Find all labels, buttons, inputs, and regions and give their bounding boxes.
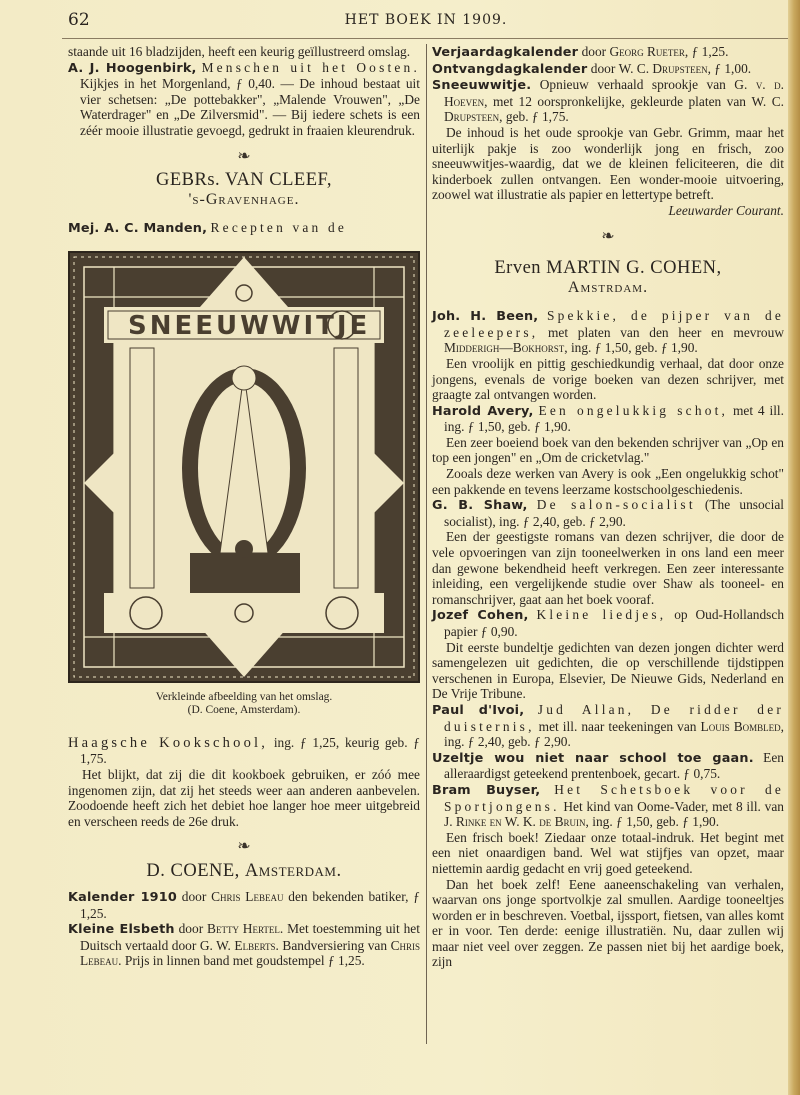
entry-title: Kleine liedjes,: [536, 607, 666, 622]
right-column: Verjaardagkalender door Georg Rueter, ƒ …: [432, 44, 784, 970]
entry-uzeltje: Uzeltje wou niet naar school toe gaan. E…: [432, 750, 784, 782]
entry-illustrator: J. Rinke en W. K. de Bruin,: [444, 814, 589, 829]
entry-title: Recepten van de: [211, 220, 347, 235]
entry-price: ing. ƒ 1,50, geb. ƒ 1,90.: [571, 340, 698, 355]
entry-title: Haagsche Kookschool,: [68, 735, 268, 751]
running-title: HET BOEK IN 1909.: [62, 12, 790, 28]
entry-divoi: Paul d'Ivoi, Jud Allan, De ridder der du…: [432, 702, 784, 750]
entry-review: Een zeer boeiend boek van den bekenden s…: [432, 435, 784, 466]
entry-been: Joh. H. Been, Spekkie, de pijper van de …: [432, 308, 784, 356]
entry-text: Prijs in linnen band met goudstempel ƒ 1…: [125, 953, 365, 968]
entry-translator: Elberts.: [234, 938, 279, 953]
entry-review: Een der geestigste romans van dezen schr…: [432, 529, 784, 607]
publisher-city: Amstrdam.: [432, 278, 784, 298]
entry-sneeuwwitje: Sneeuwwitje. Opnieuw verhaald sprookje v…: [432, 77, 784, 125]
column-rule: [426, 44, 427, 1044]
caption-line: Verkleinde afbeelding van het omslag.: [68, 691, 420, 704]
entry-price: ing. ƒ 1,50, geb. ƒ 1,90.: [592, 814, 719, 829]
entry-hoogenbirk: A. J. Hoogenbirk, Menschen uit het Ooste…: [68, 60, 420, 139]
page-edge: [788, 0, 800, 1095]
publisher-city: Amsterdam.: [245, 861, 342, 881]
fleuron-ornament-icon: ❧: [68, 149, 420, 165]
entry-ontvangdag: Ontvangdagkalender door W. C. Drupsteen,…: [432, 61, 784, 78]
entry-buyser: Bram Buyser, Het Schetsboek voor de Spor…: [432, 782, 784, 830]
entry-elsbeth: Kleine Elsbeth door Betty Hertel. Met to…: [68, 921, 420, 969]
review-text: De inhoud is het oude sprookje van Gebr.…: [432, 125, 784, 202]
entry-cohen: Jozef Cohen, Kleine liedjes, op Oud-Holl…: [432, 607, 784, 639]
entry-text: met platen van den heer en mevrouw: [548, 325, 784, 340]
fleuron-ornament-icon: ❧: [432, 229, 784, 245]
entry-kalender: Kalender 1910 door Chris Lebeau den beke…: [68, 889, 420, 921]
entry-title: Ontvangdagkalender: [432, 62, 587, 77]
entry-illustrator: Louis Bombled,: [701, 719, 785, 734]
running-head: 62 HET BOEK IN 1909.: [62, 10, 790, 36]
publisher-name: D. COENE,: [146, 861, 239, 881]
entry-review: Dan het boek zelf! Eene aaneenschakeling…: [432, 877, 784, 971]
entry-text: door: [591, 61, 616, 76]
entry-review: Een frisch boek! Ziedaar onze totaal-ind…: [432, 830, 784, 877]
entry-review: Het blijkt, dat zij die dit kookboek geb…: [68, 767, 420, 829]
entry-text: Kijkjes in het Morgenland, ƒ 0,40. — De …: [80, 76, 420, 138]
entry-author: G. B. Shaw,: [432, 498, 528, 513]
entry-text: Opnieuw verhaald sprookje van G.: [540, 77, 748, 92]
entry-text: door: [582, 44, 607, 59]
entry-text: met ill. naar teekeningen van: [539, 719, 697, 734]
entry-text: door: [179, 921, 204, 936]
entry-price: ing. ƒ 2,40, geb. ƒ 2,90.: [444, 734, 571, 749]
entry-author: Harold Avery,: [432, 404, 534, 419]
entry-title: De salon-socialist: [537, 497, 696, 512]
book-page: 62 HET BOEK IN 1909. staande uit 16 blad…: [0, 0, 788, 1095]
entry-title: Verjaardagkalender: [432, 45, 578, 60]
figure-caption: Verkleinde afbeelding van het omslag. (D…: [68, 691, 420, 717]
entry-avery: Harold Avery, Een ongelukkig schot, met …: [432, 403, 784, 435]
entry-author: Chris Lebeau: [211, 889, 283, 904]
publisher-city: 's-Gravenhage.: [68, 190, 420, 210]
publisher-heading: D. COENE, Amsterdam.: [68, 861, 420, 881]
entry-kookschool: Haagsche Kookschool, ing. ƒ 1,25, keurig…: [68, 735, 420, 767]
entry-manden: Mej. A. C. Manden, Recepten van de: [68, 220, 420, 237]
header-rule: [62, 38, 790, 39]
sneeuwwitje-cover-art-icon: SNEEUWWITJE: [70, 253, 418, 681]
fleuron-ornament-icon: ❧: [68, 839, 420, 855]
entry-text: door: [182, 889, 207, 904]
left-column: staande uit 16 bladzijden, heeft een keu…: [68, 44, 420, 969]
cover-illustration: SNEEUWWITJE: [68, 251, 420, 683]
entry-author: A. J. Hoogenbirk,: [68, 61, 197, 76]
entry-review: Dit eerste bundeltje gedichten van dezen…: [432, 640, 784, 702]
entry-author: Joh. H. Been,: [432, 309, 538, 324]
entry-review: Zooals deze werken van Avery is ook „Een…: [432, 466, 784, 497]
entry-text: met 12 oorspronkelijke, gekleurde platen…: [493, 94, 746, 109]
publisher-heading: Erven MARTIN G. COHEN,: [432, 258, 784, 278]
entry-illustrator: Midderigh—Bokhorst,: [444, 340, 568, 355]
entry-title: Een ongelukkig schot,: [538, 403, 728, 418]
entry-verjaardag: Verjaardagkalender door Georg Rueter, ƒ …: [432, 44, 784, 61]
caption-line: (D. Coene, Amsterdam).: [68, 704, 420, 717]
review-source: Leeuwarder Courant.: [654, 203, 784, 219]
entry-author: Betty Hertel.: [207, 921, 283, 936]
entry-author: Bram Buyser,: [432, 783, 540, 798]
entry-author: Jozef Cohen,: [432, 608, 529, 623]
entry-text: Het kind van Oome-Vader, met 8 ill. van: [563, 799, 784, 814]
entry-author: Paul d'Ivoi,: [432, 703, 524, 718]
entry-title: Sneeuwwitje.: [432, 78, 531, 93]
entry-shaw: G. B. Shaw, De salon-socialist (The unso…: [432, 497, 784, 529]
entry-title: Uzeltje wou niet naar school toe gaan.: [432, 751, 754, 766]
continuation-text: staande uit 16 bladzijden, heeft een keu…: [68, 44, 420, 60]
entry-author: Mej. A. C. Manden,: [68, 221, 207, 236]
entry-review: Een vroolijk en pittig geschiedkundig ve…: [432, 356, 784, 403]
entry-author: W. C. Drupsteen,: [619, 61, 711, 76]
entry-author: Georg Rueter,: [609, 44, 688, 59]
entry-title: Kleine Elsbeth: [68, 922, 175, 937]
entry-price: ƒ 1,00.: [714, 61, 751, 76]
entry-title: Menschen uit het Oosten.: [202, 60, 420, 75]
entry-review: De inhoud is het oude sprookje van Gebr.…: [432, 125, 784, 203]
entry-price: ƒ 1,25.: [692, 44, 729, 59]
entry-text: Bandversiering van: [282, 938, 387, 953]
entry-title: Kalender 1910: [68, 890, 177, 905]
entry-price: geb. ƒ 1,75.: [506, 109, 569, 124]
publisher-heading: GEBRs. VAN CLEEF,: [68, 170, 420, 190]
